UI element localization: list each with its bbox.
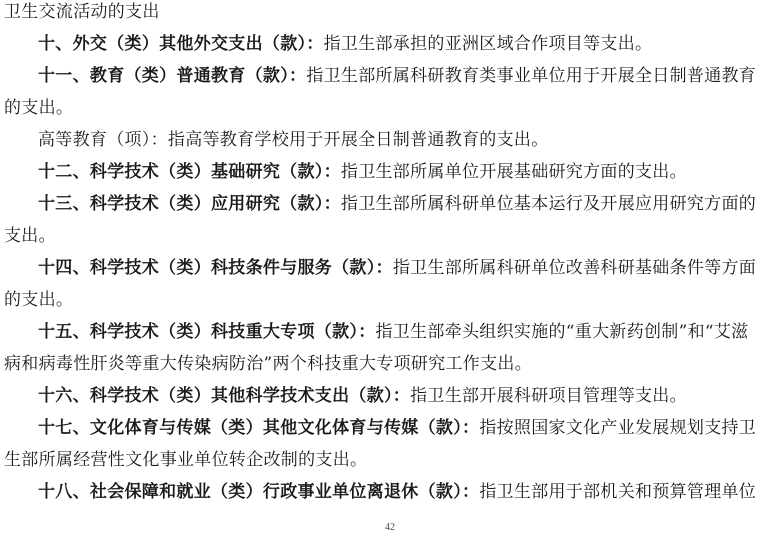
line-text: 的支出。 xyxy=(4,98,73,118)
paragraph-15: 十五、科学技术（类）科技重大专项（款）：指卫生部牵头组织实施的“重大新药创制”和… xyxy=(4,316,748,348)
paragraph-17: 十七、文化体育与传媒（类）其他文化体育与传媒（款）：指按照国家文化产业发展规划支… xyxy=(4,412,756,444)
line-heading: 十六、科学技术（类）其他科学技术支出（款）： xyxy=(38,386,410,406)
line-text: 指卫生部所属科研单位改善科研基础条件等方面 xyxy=(393,258,756,278)
line-heading: 十、外交（类）其他外交支出（款）： xyxy=(38,34,324,54)
line-text: 高等教育（项）：指高等教育学校用于开展全日制普通教育的支出。 xyxy=(38,130,549,150)
line-text: 支出。 xyxy=(4,226,56,246)
line-text: 生部所属经营性文化事业单位转企改制的支出。 xyxy=(4,450,367,470)
text-line: 的支出。 xyxy=(4,92,73,124)
line-text: 指卫生部所属单位开展基础研究方面的支出。 xyxy=(341,162,687,182)
line-text: 指卫生部用于部机关和预算管理单位 xyxy=(479,482,756,502)
line-text: 指卫生部所属科研教育类事业单位用于开展全日制普通教育 xyxy=(306,66,756,86)
paragraph-16: 十六、科学技术（类）其他科学技术支出（款）：指卫生部开展科研项目管理等支出。 xyxy=(4,380,687,412)
line-heading: 十一、教育（类）普通教育（款）： xyxy=(38,66,306,86)
paragraph-14: 十四、科学技术（类）科技条件与服务（款）：指卫生部所属科研单位改善科研基础条件等… xyxy=(4,252,756,284)
line-heading: 十三、科学技术（类）应用研究（款）： xyxy=(38,194,341,214)
line-text: 卫生交流活动的支出 xyxy=(4,2,160,22)
paragraph-13: 十三、科学技术（类）应用研究（款）：指卫生部所属科研单位基本运行及开展应用研究方… xyxy=(4,188,756,220)
line-text: 指卫生部牵头组织实施的“重大新药创制”和“艾滋 xyxy=(376,322,749,342)
line-heading: 十二、科学技术（类）基础研究（款）： xyxy=(38,162,341,182)
line-heading: 十八、社会保障和就业（类）行政事业单位离退休（款）： xyxy=(38,482,479,502)
line-text: 指卫生部开展科研项目管理等支出。 xyxy=(410,386,687,406)
line-text: 指卫生部承担的亚洲区域合作项目等支出。 xyxy=(324,34,653,54)
paragraph-18: 十八、社会保障和就业（类）行政事业单位离退休（款）：指卫生部用于部机关和预算管理… xyxy=(4,476,756,508)
line-text: 指按照国家文化产业发展规划支持卫 xyxy=(479,418,756,438)
line-text: 病和病毒性肝炎等重大传染病防治”两个科技重大专项研究工作支出。 xyxy=(4,354,532,374)
page-number: 42 xyxy=(0,522,780,533)
paragraph-12: 十二、科学技术（类）基础研究（款）：指卫生部所属单位开展基础研究方面的支出。 xyxy=(4,156,687,188)
text-line: 支出。 xyxy=(4,220,56,252)
paragraph-11: 十一、教育（类）普通教育（款）：指卫生部所属科研教育类事业单位用于开展全日制普通… xyxy=(4,60,756,92)
line-text: 的支出。 xyxy=(4,290,73,310)
text-line: 病和病毒性肝炎等重大传染病防治”两个科技重大专项研究工作支出。 xyxy=(4,348,532,380)
line-heading: 十七、文化体育与传媒（类）其他文化体育与传媒（款）： xyxy=(38,418,479,438)
paragraph-higher-education: 高等教育（项）：指高等教育学校用于开展全日制普通教育的支出。 xyxy=(4,124,549,156)
line-heading: 十四、科学技术（类）科技条件与服务（款）： xyxy=(38,258,393,278)
paragraph-10: 十、外交（类）其他外交支出（款）：指卫生部承担的亚洲区域合作项目等支出。 xyxy=(4,28,652,60)
line-heading: 十五、科学技术（类）科技重大专项（款）： xyxy=(38,322,376,342)
text-line: 的支出。 xyxy=(4,284,73,316)
line-text: 指卫生部所属科研单位基本运行及开展应用研究方面的 xyxy=(341,194,756,214)
text-line: 卫生交流活动的支出 xyxy=(4,0,160,28)
text-line: 生部所属经营性文化事业单位转企改制的支出。 xyxy=(4,444,367,476)
